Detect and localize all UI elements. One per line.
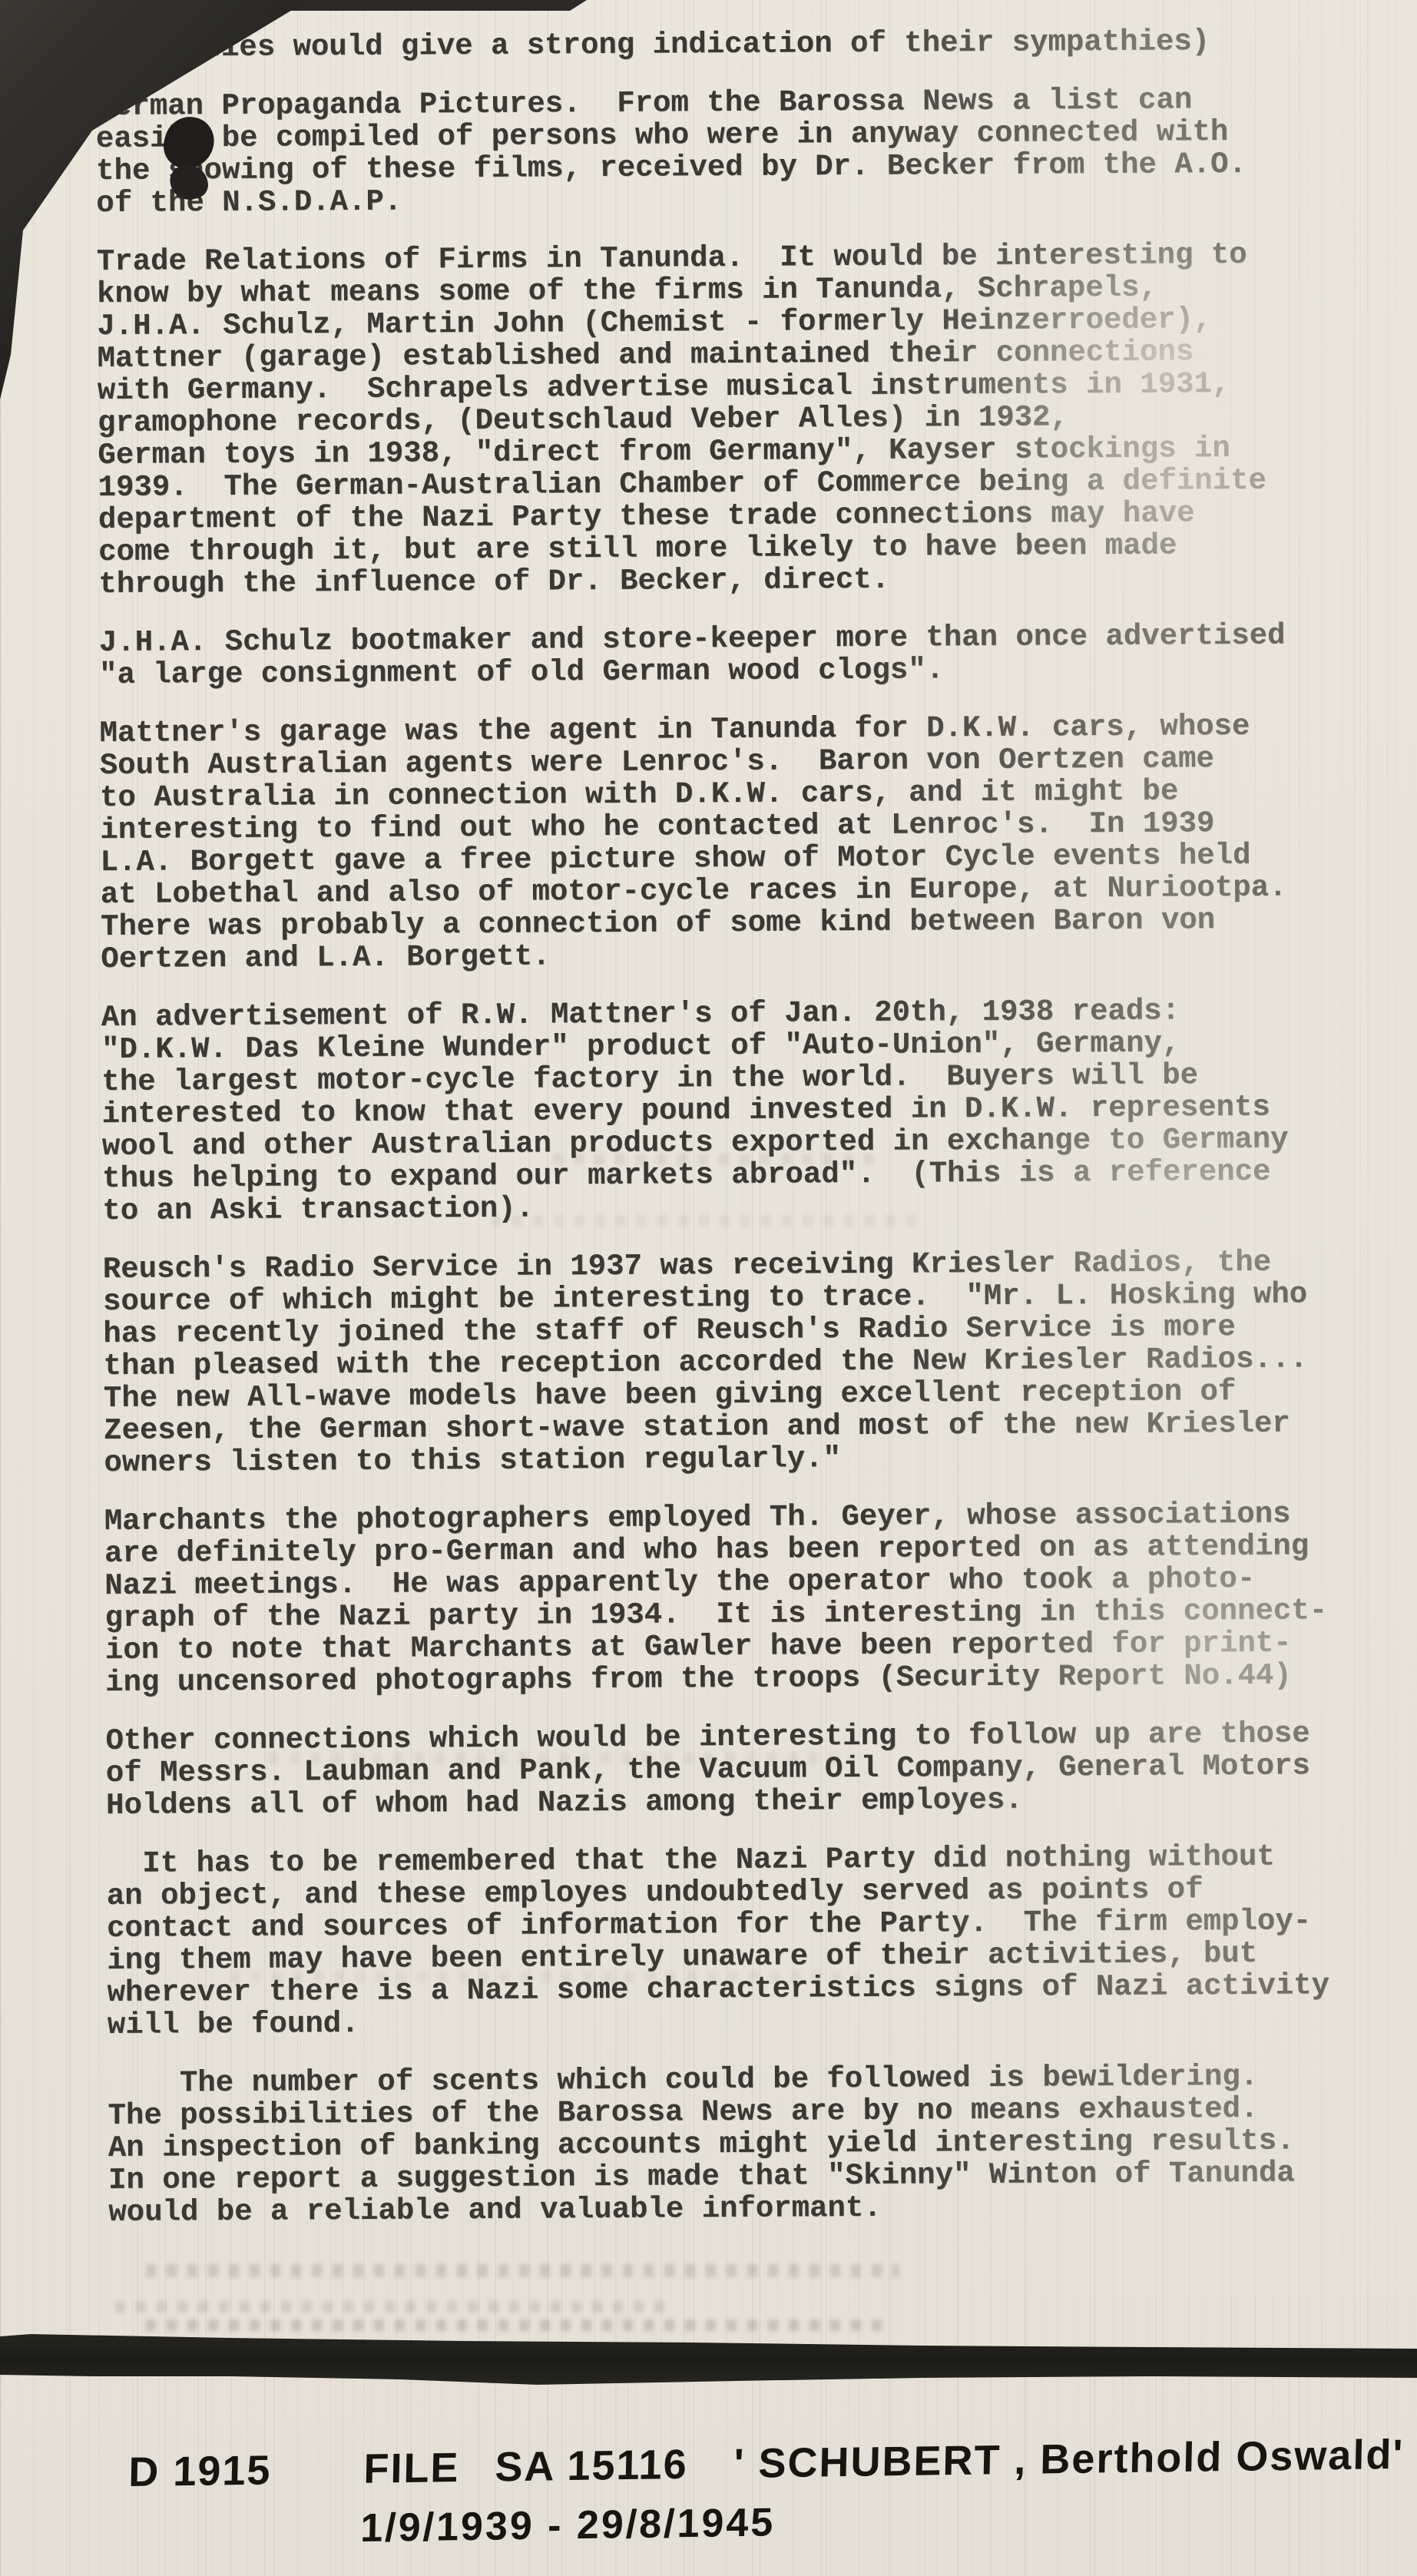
ink-blot (164, 117, 218, 201)
annotation-file-number: SA 15116 (495, 2442, 688, 2491)
bleedthrough-smudge (230, 1971, 860, 1982)
bleedthrough-smudge (146, 2319, 883, 2331)
annotation-file-label: FILE (363, 2445, 460, 2492)
archive-annotation-line1: D 1915FILESA 15116' SCHUBERT , Berthold … (128, 2431, 1405, 2496)
bleedthrough-smudge (115, 2301, 668, 2313)
annotation-ref: D 1915 (128, 2447, 272, 2495)
scanned-document-page: activities would give a strong indicatio… (0, 0, 1417, 2576)
scan-separator-bar (0, 2332, 1417, 2387)
scan-fade-artifact (0, 0, 1417, 2296)
annotation-file-title: ' SCHUBERT , Berthold Oswald' (733, 2432, 1405, 2487)
archive-annotation-dates: 1/9/1939 - 29/8/1945 (360, 2499, 776, 2551)
bleedthrough-smudge (146, 2264, 899, 2277)
bleedthrough-smudge (553, 1154, 883, 1165)
bleedthrough-smudge (492, 1215, 922, 1227)
bleedthrough-smudge (269, 1753, 853, 1764)
